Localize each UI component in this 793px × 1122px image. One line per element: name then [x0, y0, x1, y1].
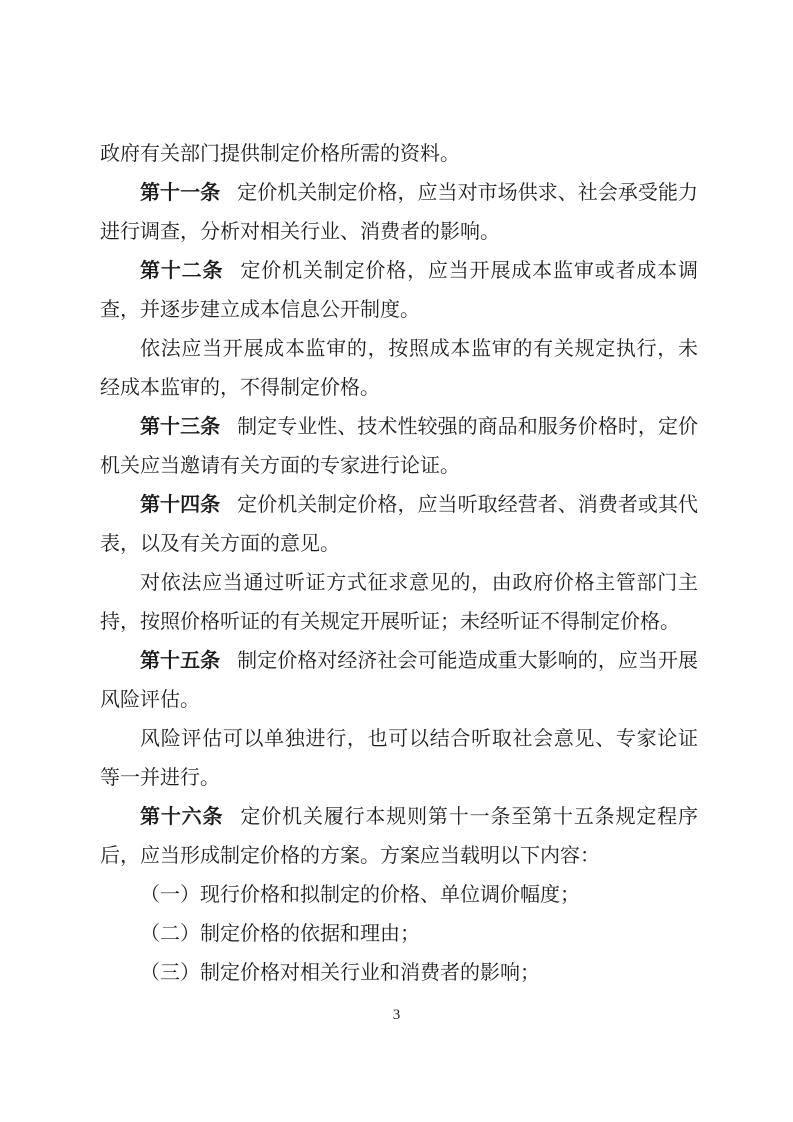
para-text: 依法应当开展成本监审的，按照成本监审的有关规定执行，未经成本监审的，不得制定价格…: [100, 338, 698, 399]
article-number-label: 第十五条: [140, 650, 237, 672]
list-item-1: （一）现行价格和拟制定的价格、单位调价幅度；: [100, 876, 698, 915]
para-text: （一）现行价格和拟制定的价格、单位调价幅度；: [140, 884, 580, 906]
para-text: （二）制定价格的依据和理由；: [140, 923, 420, 945]
list-item-2: （二）制定价格的依据和理由；: [100, 915, 698, 954]
article-number-label: 第十六条: [140, 806, 240, 828]
para-cost-review-rule: 依法应当开展成本监审的，按照成本监审的有关规定执行，未经成本监审的，不得制定价格…: [100, 330, 698, 408]
para-article-13: 第十三条制定专业性、技术性较强的商品和服务价格时，定价机关应当邀请有关方面的专家…: [100, 408, 698, 486]
para-article-16: 第十六条定价机关履行本规则第十一条至第十五条规定程序后，应当形成制定价格的方案。…: [100, 798, 698, 876]
para-intro-continuation: 政府有关部门提供制定价格所需的资料。: [100, 135, 698, 174]
article-number-label: 第十四条: [140, 494, 237, 516]
page-footer: 3: [0, 1004, 793, 1026]
para-risk-assessment: 风险评估可以单独进行，也可以结合听取社会意见、专家论证等一并进行。: [100, 720, 698, 798]
document-body: 政府有关部门提供制定价格所需的资料。 第十一条定价机关制定价格，应当对市场供求、…: [100, 135, 698, 993]
para-text: 政府有关部门提供制定价格所需的资料。: [100, 143, 460, 165]
para-text: 风险评估可以单独进行，也可以结合听取社会意见、专家论证等一并进行。: [100, 728, 698, 789]
article-number-label: 第十三条: [140, 416, 237, 438]
article-number-label: 第十一条: [140, 182, 237, 204]
para-text: 对依法应当通过听证方式征求意见的，由政府价格主管部门主持，按照价格听证的有关规定…: [100, 572, 698, 633]
document-page: 政府有关部门提供制定价格所需的资料。 第十一条定价机关制定价格，应当对市场供求、…: [0, 0, 793, 1122]
page-number: 3: [393, 1007, 401, 1023]
para-hearing-rule: 对依法应当通过听证方式征求意见的，由政府价格主管部门主持，按照价格听证的有关规定…: [100, 564, 698, 642]
list-item-3: （三）制定价格对相关行业和消费者的影响；: [100, 954, 698, 993]
article-number-label: 第十二条: [140, 260, 240, 282]
para-article-12: 第十二条定价机关制定价格，应当开展成本监审或者成本调查，并逐步建立成本信息公开制…: [100, 252, 698, 330]
para-article-14: 第十四条定价机关制定价格，应当听取经营者、消费者或其代表，以及有关方面的意见。: [100, 486, 698, 564]
para-article-11: 第十一条定价机关制定价格，应当对市场供求、社会承受能力进行调查，分析对相关行业、…: [100, 174, 698, 252]
para-text: （三）制定价格对相关行业和消费者的影响；: [140, 962, 540, 984]
para-article-15: 第十五条制定价格对经济社会可能造成重大影响的，应当开展风险评估。: [100, 642, 698, 720]
